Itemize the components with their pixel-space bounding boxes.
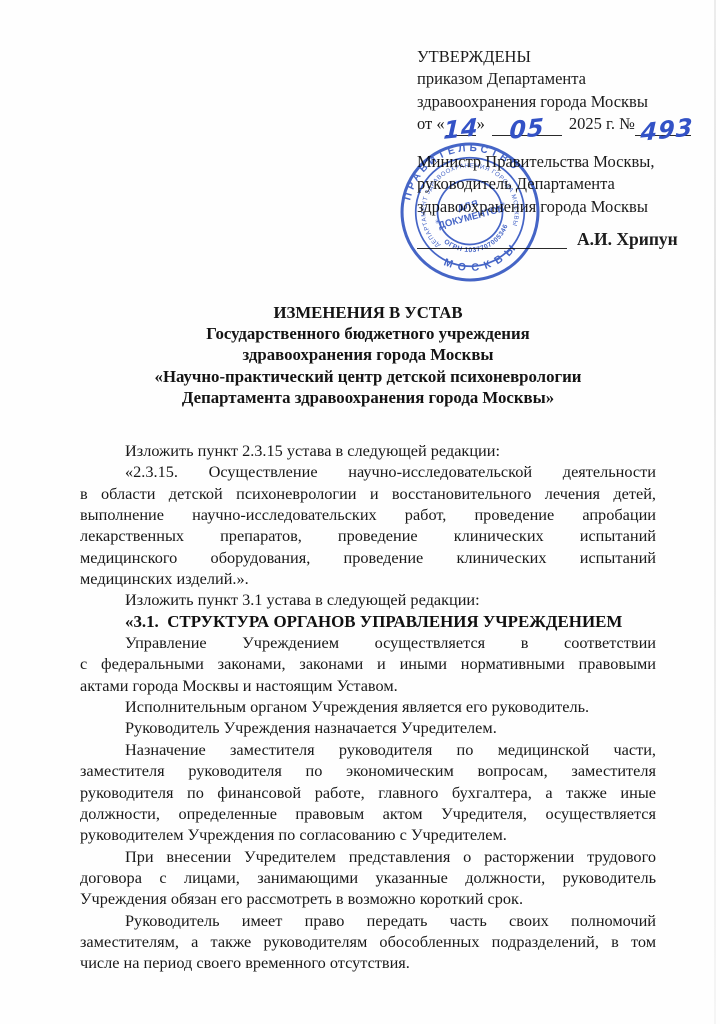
title-line: Государственного бюджетного учреждения bbox=[80, 323, 656, 344]
body-line: медицинского оборудования, проведение кл… bbox=[80, 547, 656, 568]
body-line: заместителя руководителя по экономически… bbox=[80, 760, 656, 781]
body-line: Назначение заместителя руководителя по м… bbox=[80, 739, 656, 760]
title-line: здравоохранения города Москвы bbox=[80, 344, 656, 365]
body-line: с федеральными законами, законами и иным… bbox=[80, 653, 656, 674]
body-line: Управление Учреждением осуществляется в … bbox=[80, 632, 656, 653]
body-line: Изложить пункт 3.1 устава в следующей ре… bbox=[80, 589, 656, 610]
signer-name: А.И. Хрипун bbox=[577, 230, 678, 249]
title-line: ИЗМЕНЕНИЯ В УСТАВ bbox=[80, 302, 656, 323]
title-line: «Научно-практический центр детской психо… bbox=[80, 366, 656, 387]
body-line: договора с лицами, занимающими указанные… bbox=[80, 867, 656, 888]
document-page: УТВЕРЖДЕНЫ приказом Департамента здравоо… bbox=[0, 0, 720, 1024]
body-line: заместителям, а также руководителям обос… bbox=[80, 931, 656, 952]
handwritten-number: 493 bbox=[641, 115, 695, 145]
order-number-blank: 493 bbox=[635, 117, 691, 136]
approval-date-line: от « 14 » 05 2025 г. № 493 bbox=[417, 113, 692, 135]
body-line: Учреждения обязан его рассмотреть в возм… bbox=[80, 888, 656, 909]
body-line: выполнение научно-исследовательских рабо… bbox=[80, 504, 656, 525]
body-line: в области детской психоневрологии и восс… bbox=[80, 483, 656, 504]
approval-line: УТВЕРЖДЕНЫ bbox=[417, 46, 692, 68]
body-line: числе на период своего временного отсутс… bbox=[80, 952, 656, 973]
body-line: Руководитель имеет право передать часть … bbox=[80, 910, 656, 931]
title-line: Департамента здравоохранения города Моск… bbox=[80, 387, 656, 408]
body-line: При внесении Учредителем представления о… bbox=[80, 846, 656, 867]
body-line: «2.3.15. Осуществление научно-исследоват… bbox=[80, 461, 656, 482]
approval-line: здравоохранения города Москвы bbox=[417, 91, 692, 113]
date-prefix: от « bbox=[417, 113, 445, 135]
body-line: должности, определенные правовым актом У… bbox=[80, 803, 656, 824]
body-line: Руководитель Учреждения назначается Учре… bbox=[80, 717, 656, 738]
approval-block: УТВЕРЖДЕНЫ приказом Департамента здравоо… bbox=[417, 46, 692, 136]
section-heading: «3.1. СТРУКТУРА ОРГАНОВ УПРАВЛЕНИЯ УЧРЕЖ… bbox=[80, 611, 656, 632]
body-line: руководителем Учреждения по согласованию… bbox=[80, 824, 656, 845]
body-line: медицинских изделий.». bbox=[80, 568, 656, 589]
document-title: ИЗМЕНЕНИЯ В УСТАВ Государственного бюдже… bbox=[80, 302, 656, 408]
approval-line: приказом Департамента bbox=[417, 68, 692, 90]
body-line: лекарственных препаратов, проведение кли… bbox=[80, 525, 656, 546]
date-suffix: 2025 г. № bbox=[569, 113, 635, 135]
body-line: руководителя по финансовой работе, главн… bbox=[80, 782, 656, 803]
scan-edge-artifact bbox=[714, 0, 716, 1024]
body-line: актами города Москвы и настоящим Уставом… bbox=[80, 675, 656, 696]
date-day-blank: 14 bbox=[446, 117, 476, 136]
body-line: Изложить пункт 2.3.15 устава в следующей… bbox=[80, 440, 656, 461]
body-line: Исполнительным органом Учреждения являет… bbox=[80, 696, 656, 717]
document-body: Изложить пункт 2.3.15 устава в следующей… bbox=[80, 440, 656, 974]
